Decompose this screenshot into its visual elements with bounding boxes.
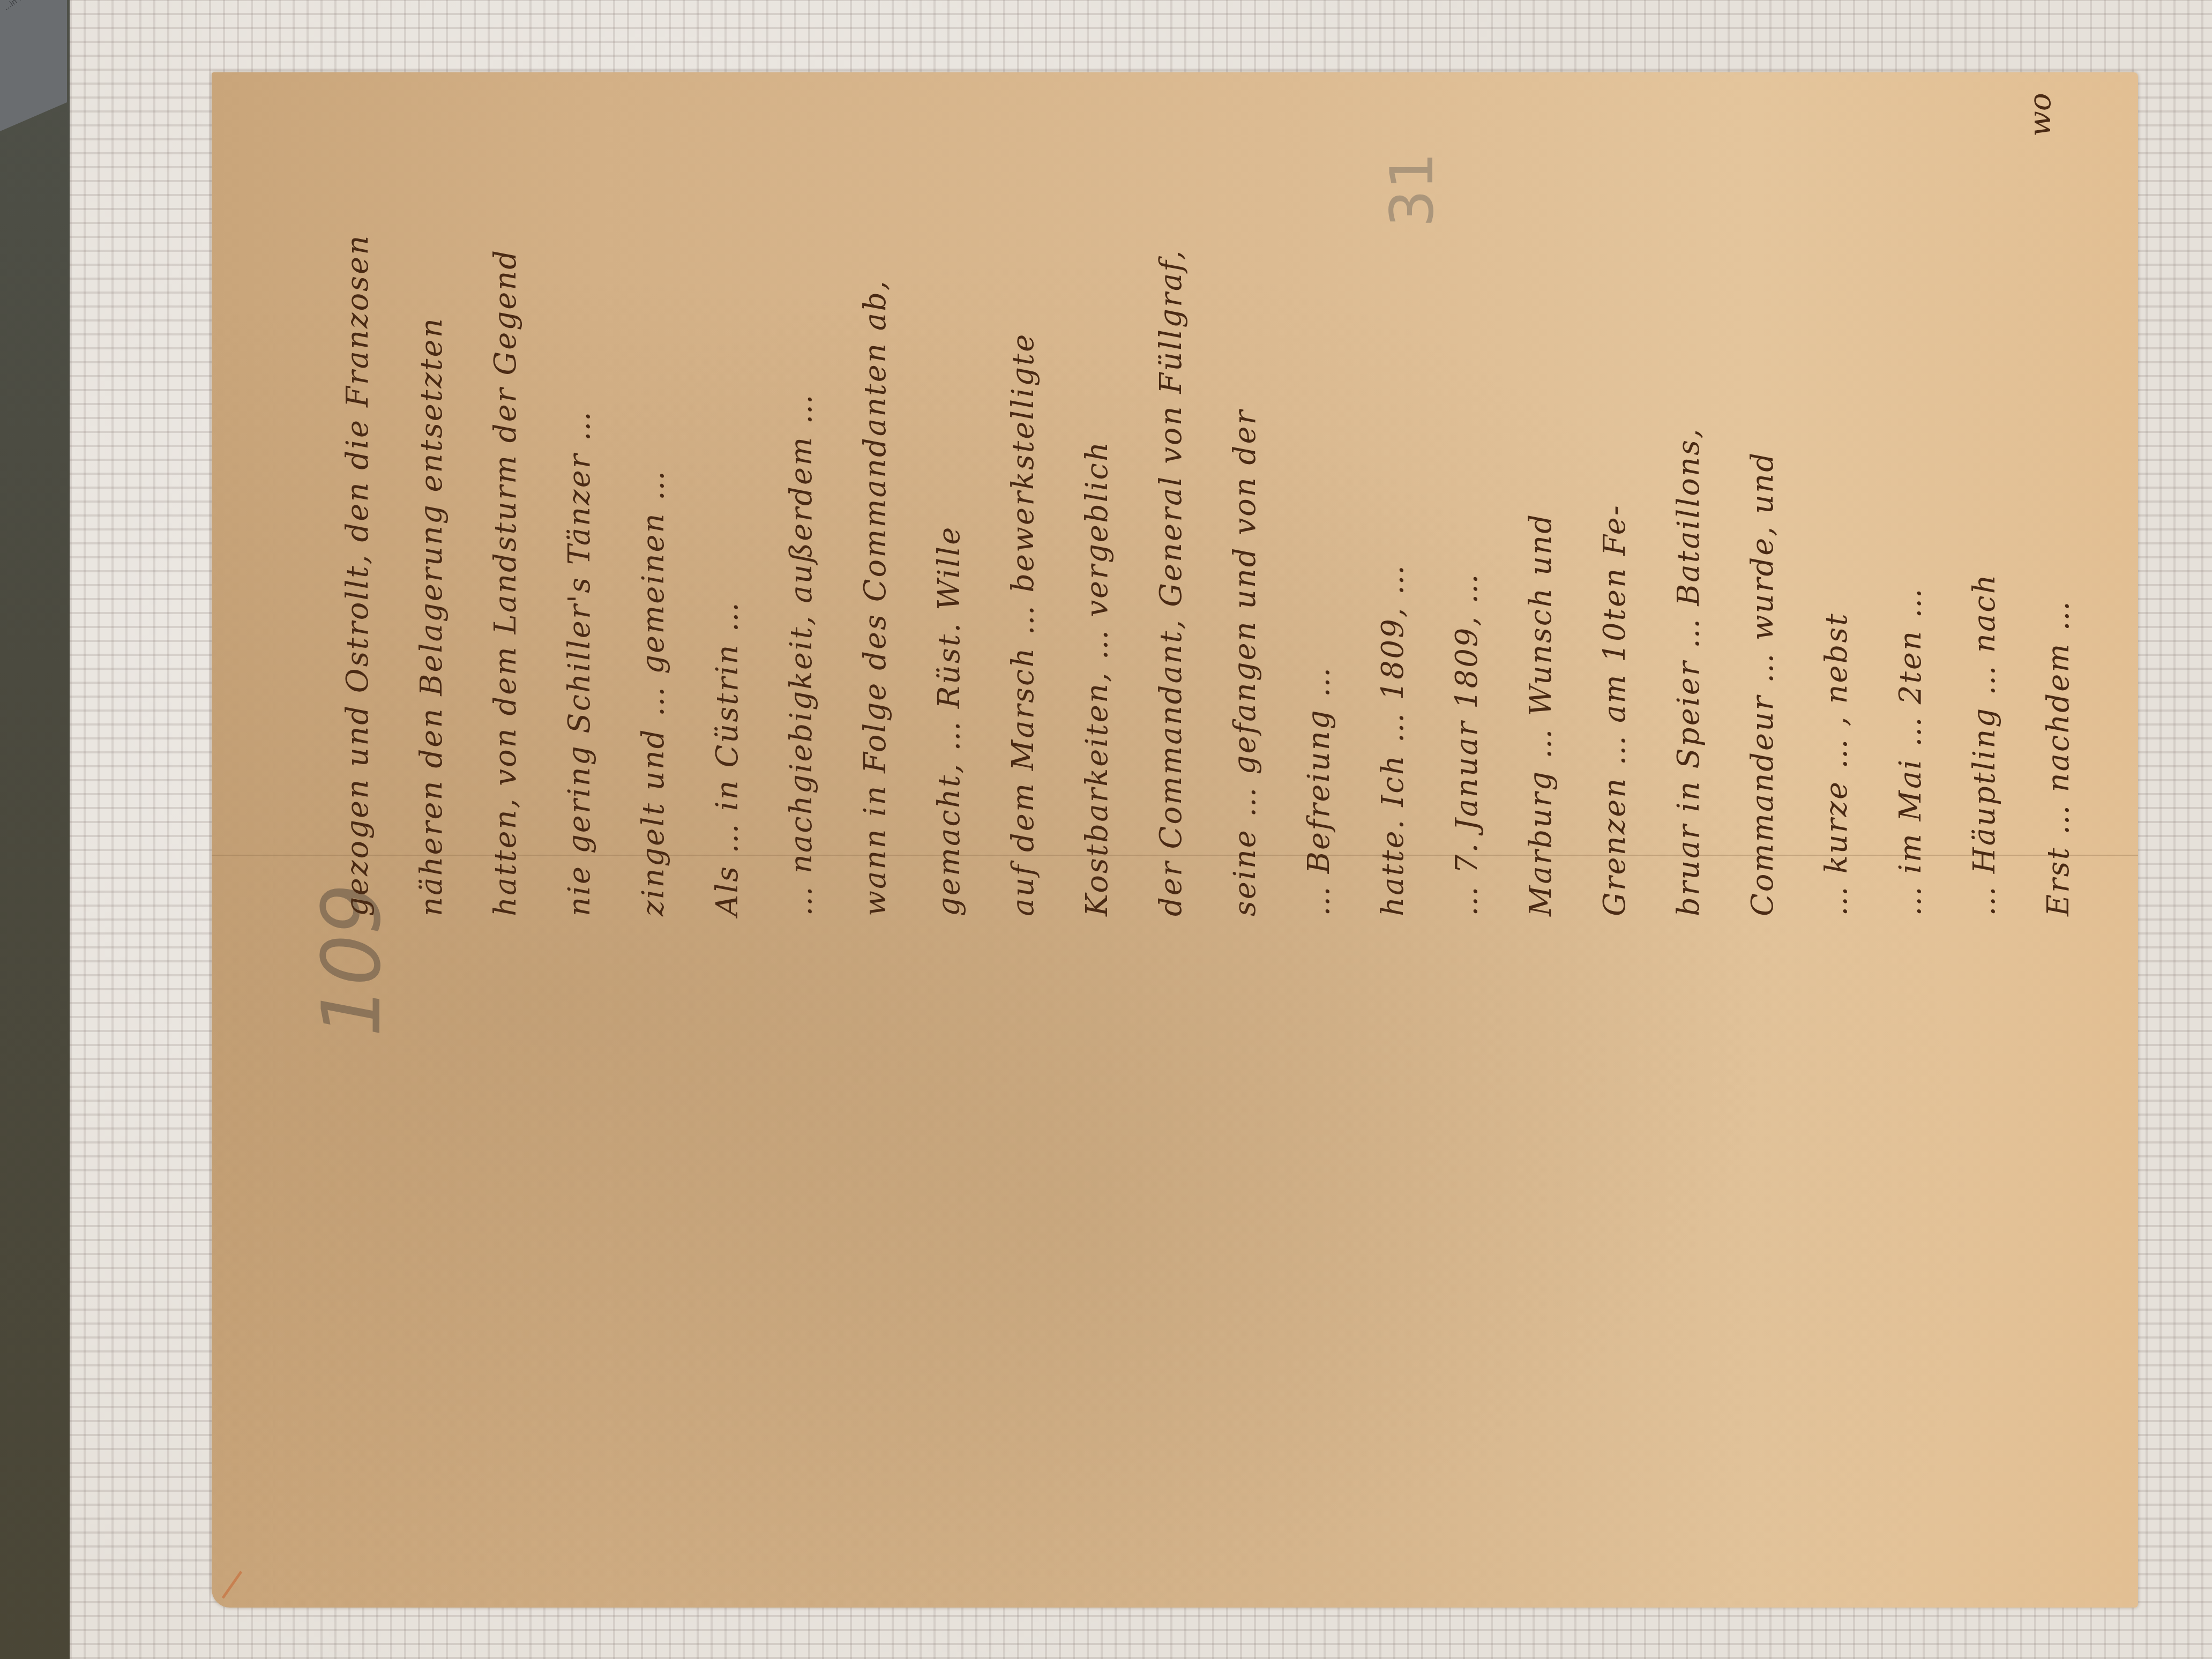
text-line: hatte. Ich … 1809, … — [1376, 91, 1413, 916]
text-line: … im Mai … 2ten … — [1893, 91, 1931, 916]
dark-surface-edge — [0, 0, 70, 1659]
text-line: nie gering Schiller's Tänzer … — [562, 91, 600, 916]
text-line: wann in Folge des Commandanten ab, — [858, 91, 895, 916]
red-pencil-mark — [222, 1571, 243, 1598]
text-line: … kurze … , nebst — [1819, 91, 1857, 916]
catchword: wo — [2023, 93, 2058, 137]
text-line: seine … gefangen und von der — [1228, 91, 1265, 916]
text-line: Als … in Cüstrin … — [710, 91, 748, 916]
handwritten-text-block: gezogen und Ostrollt, den die Franzosen … — [340, 91, 2098, 916]
text-line: auf dem Marsch … bewerkstelligte — [1006, 91, 1043, 916]
text-line: gemacht, … Rüst. Wille — [932, 91, 969, 916]
manuscript-page: 109 31 gezogen und Ostrollt, den die Fra… — [212, 72, 2138, 1608]
text-line: Kostbarkeiten, … vergeblich — [1080, 91, 1117, 916]
text-line: Marburg … Wunsch und — [1523, 91, 1561, 916]
text-line: zingelt und … gemeinen … — [636, 91, 674, 916]
text-line: gezogen und Ostrollt, den die Franzosen — [340, 91, 378, 916]
text-line: hatten, von dem Landsturm der Gegend — [488, 91, 526, 916]
text-line: … Befreiung … — [1302, 91, 1339, 916]
text-line: bruar in Speier … Bataillons, — [1671, 91, 1709, 916]
text-line: Commandeur … wurde, und — [1745, 91, 1783, 916]
text-line: näheren den Belagerung entsetzten — [414, 91, 452, 916]
text-line: Grenzen … am 10ten Fe- — [1597, 91, 1635, 916]
text-line: Erst … nachdem … — [2041, 91, 2079, 916]
text-line: der Commandant, General von Füllgraf, — [1154, 91, 1191, 916]
text-line: … 7. Januar 1809, … — [1449, 91, 1487, 916]
text-line: … Häuptling … nach — [1967, 91, 2005, 916]
text-line: … nachgiebigkeit, außerdem … — [784, 91, 821, 916]
